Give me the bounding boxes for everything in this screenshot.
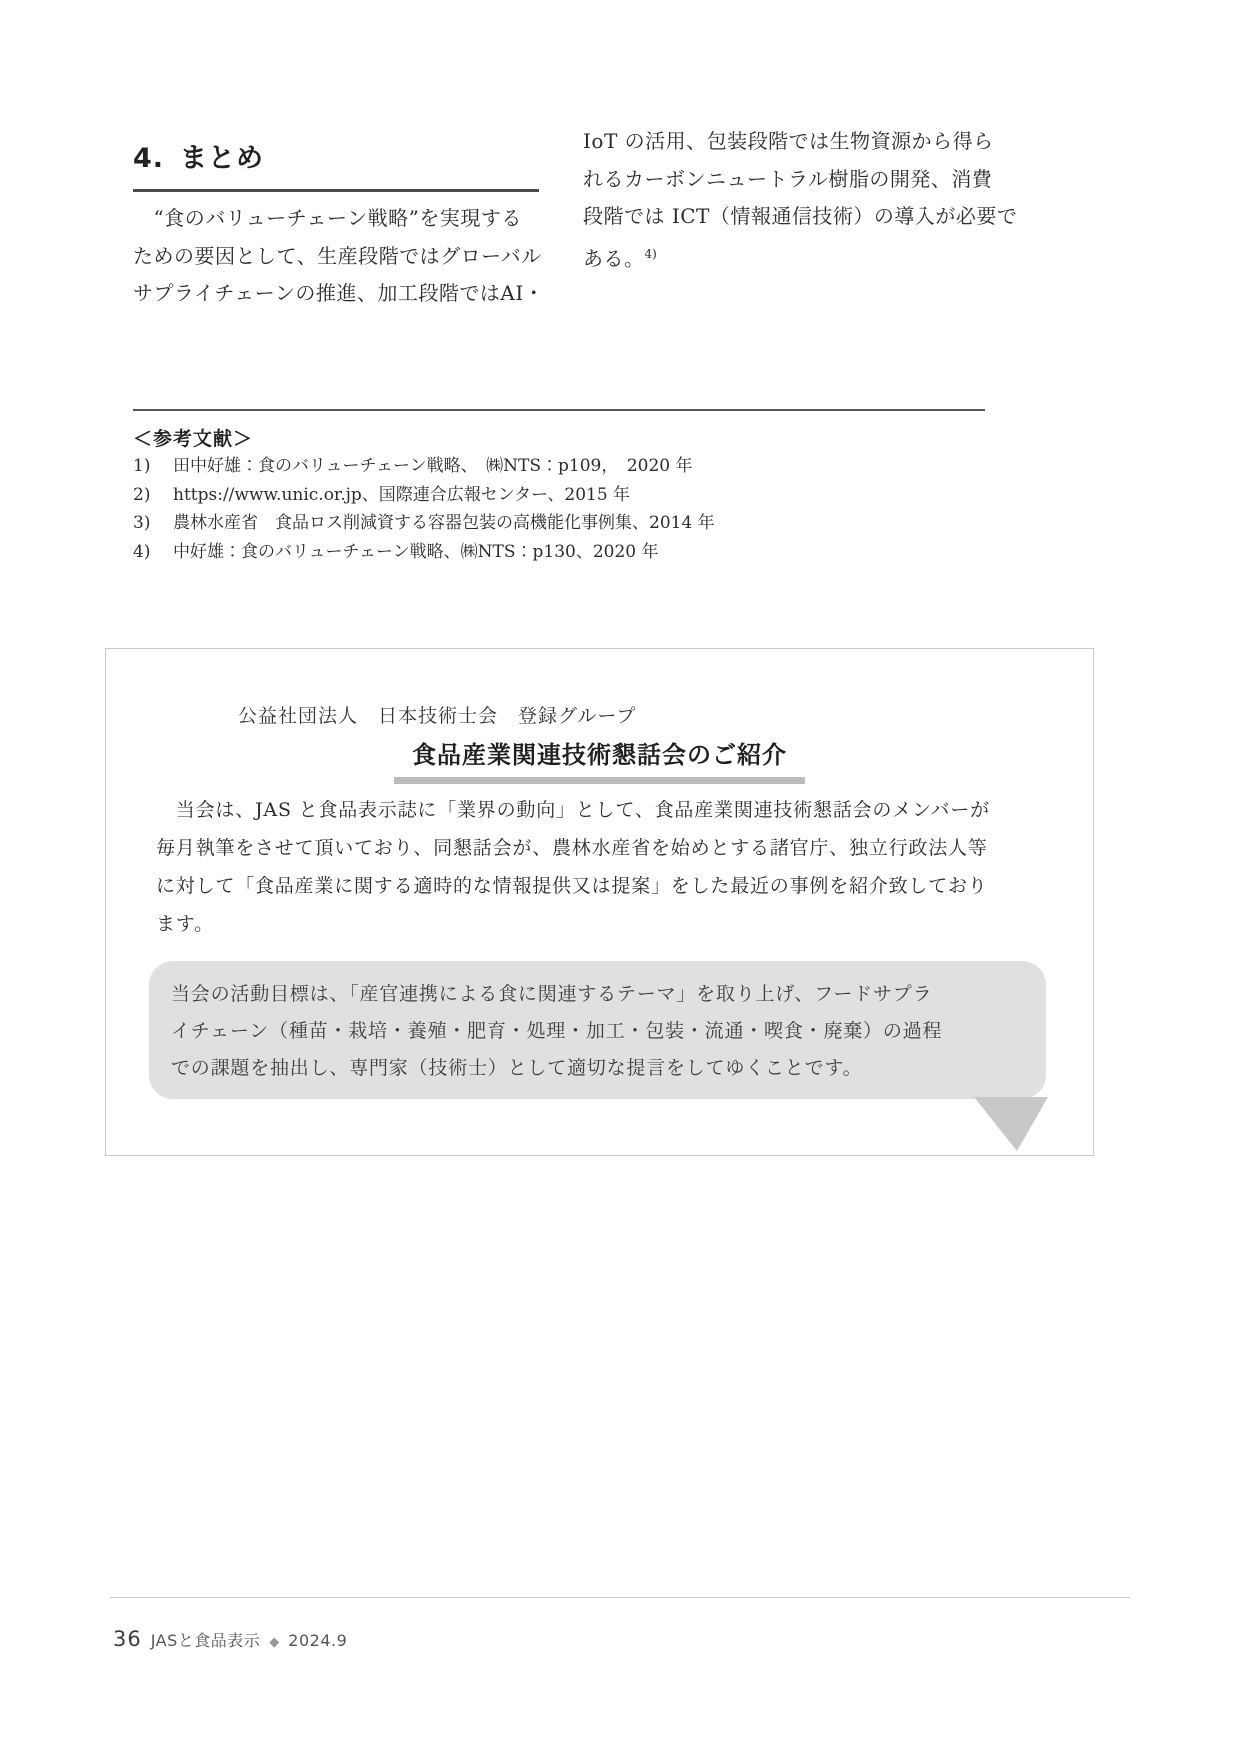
text-line: “食のバリューチェーン戦略”を実現する [133,200,553,238]
text-line: れるカーボンニュートラル樹脂の開発、消費 [583,161,1013,199]
speech-bubble: 当会の活動目標は、「産官連携による食に関連するテーマ」を取り上げ、フードサプラ … [149,961,1046,1099]
reference-item: 4) 中好雄：食のバリューチェーン戦略、㈱NTS：p130、2020 年 [133,538,1033,567]
document-page: 4.まとめ “食のバリューチェーン戦略”を実現する ための要因として、生産段階で… [0,0,1241,1754]
box-title: 食品産業関連技術懇話会のご紹介 [394,735,805,784]
references-rule [133,409,985,411]
section-heading: 4.まとめ [133,136,539,192]
bubble-line: 当会の活動目標は、「産官連携による食に関連するテーマ」を取り上げ、フードサプラ [171,976,1046,1013]
organization-line: 公益社団法人 日本技術士会 登録グループ [238,701,636,728]
references-heading: ＜参考文献＞ [133,424,253,451]
last-line-text: ある。 [583,246,645,270]
reference-text: https://www.unic.or.jp、国際連合広報センター、2015 年 [173,481,630,510]
reference-item: 3) 農林水産省 食品ロス削減資する容器包装の高機能化事例集、2014 年 [133,509,1033,538]
text-line: IoT の活用、包装段階では生物資源から得ら [583,123,1013,161]
left-column: “食のバリューチェーン戦略”を実現する ための要因として、生産段階ではグローバル… [133,200,553,313]
footer-journal-title: JASと食品表示 [151,1628,261,1651]
right-column: IoT の活用、包装段階では生物資源から得ら れるカーボンニュートラル樹脂の開発… [583,123,1013,278]
reference-text: 田中好雄：食のバリューチェーン戦略、 ㈱NTS：p109， 2020 年 [173,452,693,481]
box-paragraph: 当会は、JAS と食品表示誌に「業界の動向」として、食品産業関連技術懇話会のメン… [156,791,966,943]
bubble-line: での課題を抽出し、専門家（技術士）として適切な提言をしてゆくことです。 [171,1050,1046,1087]
bubble-text: 当会の活動目標は、「産官連携による食に関連するテーマ」を取り上げ、フードサプラ … [149,961,1046,1087]
footer-page-number: 36 [113,1627,142,1651]
section-number: 4. [133,143,164,174]
footnote-superscript: 4) [645,247,657,261]
reference-number: 3) [133,509,173,538]
reference-number: 2) [133,481,173,510]
text-line: 段階では ICT（情報通信技術）の導入が必要で [583,198,1013,236]
reference-item: 2) https://www.unic.or.jp、国際連合広報センター、201… [133,481,1033,510]
box-title-row: 食品産業関連技術懇話会のご紹介 [106,735,1093,784]
reference-number: 4) [133,538,173,567]
paragraph-line: に対して「食品産業に関する適時的な情報提供又は提案」をした最近の事例を紹介致して… [156,867,966,905]
section-title: まとめ [180,143,264,174]
text-line: ための要因として、生産段階ではグローバル [133,238,553,276]
reference-item: 1) 田中好雄：食のバリューチェーン戦略、 ㈱NTS：p109， 2020 年 [133,452,1033,481]
reference-text: 農林水産省 食品ロス削減資する容器包装の高機能化事例集、2014 年 [173,509,715,538]
paragraph-line: 毎月執筆をさせて頂いており、同懇話会が、農林水産省を始めとする諸官庁、独立行政法… [156,829,966,867]
footer-rule [110,1597,1130,1598]
paragraph-line: ます。 [156,905,966,943]
reference-number: 1) [133,452,173,481]
intro-box: 公益社団法人 日本技術士会 登録グループ 食品産業関連技術懇話会のご紹介 当会は… [105,648,1094,1156]
bubble-tail [974,1097,1048,1151]
paragraph-line: 当会は、JAS と食品表示誌に「業界の動向」として、食品産業関連技術懇話会のメン… [156,791,966,829]
references-list: 1) 田中好雄：食のバリューチェーン戦略、 ㈱NTS：p109， 2020 年 … [133,452,1033,566]
text-line: ある。4) [583,236,1013,278]
footer-diamond-icon: ◆ [269,1635,279,1650]
text-line: サプライチェーンの推進、加工段階ではAI・ [133,275,553,313]
footer-issue-date: 2024.9 [288,1631,347,1650]
reference-text: 中好雄：食のバリューチェーン戦略、㈱NTS：p130、2020 年 [173,538,659,567]
page-footer: 36 JASと食品表示 ◆ 2024.9 [113,1627,347,1651]
bubble-line: イチェーン（種苗・栽培・養殖・肥育・処理・加工・包装・流通・喫食・廃棄）の過程 [171,1013,1046,1050]
